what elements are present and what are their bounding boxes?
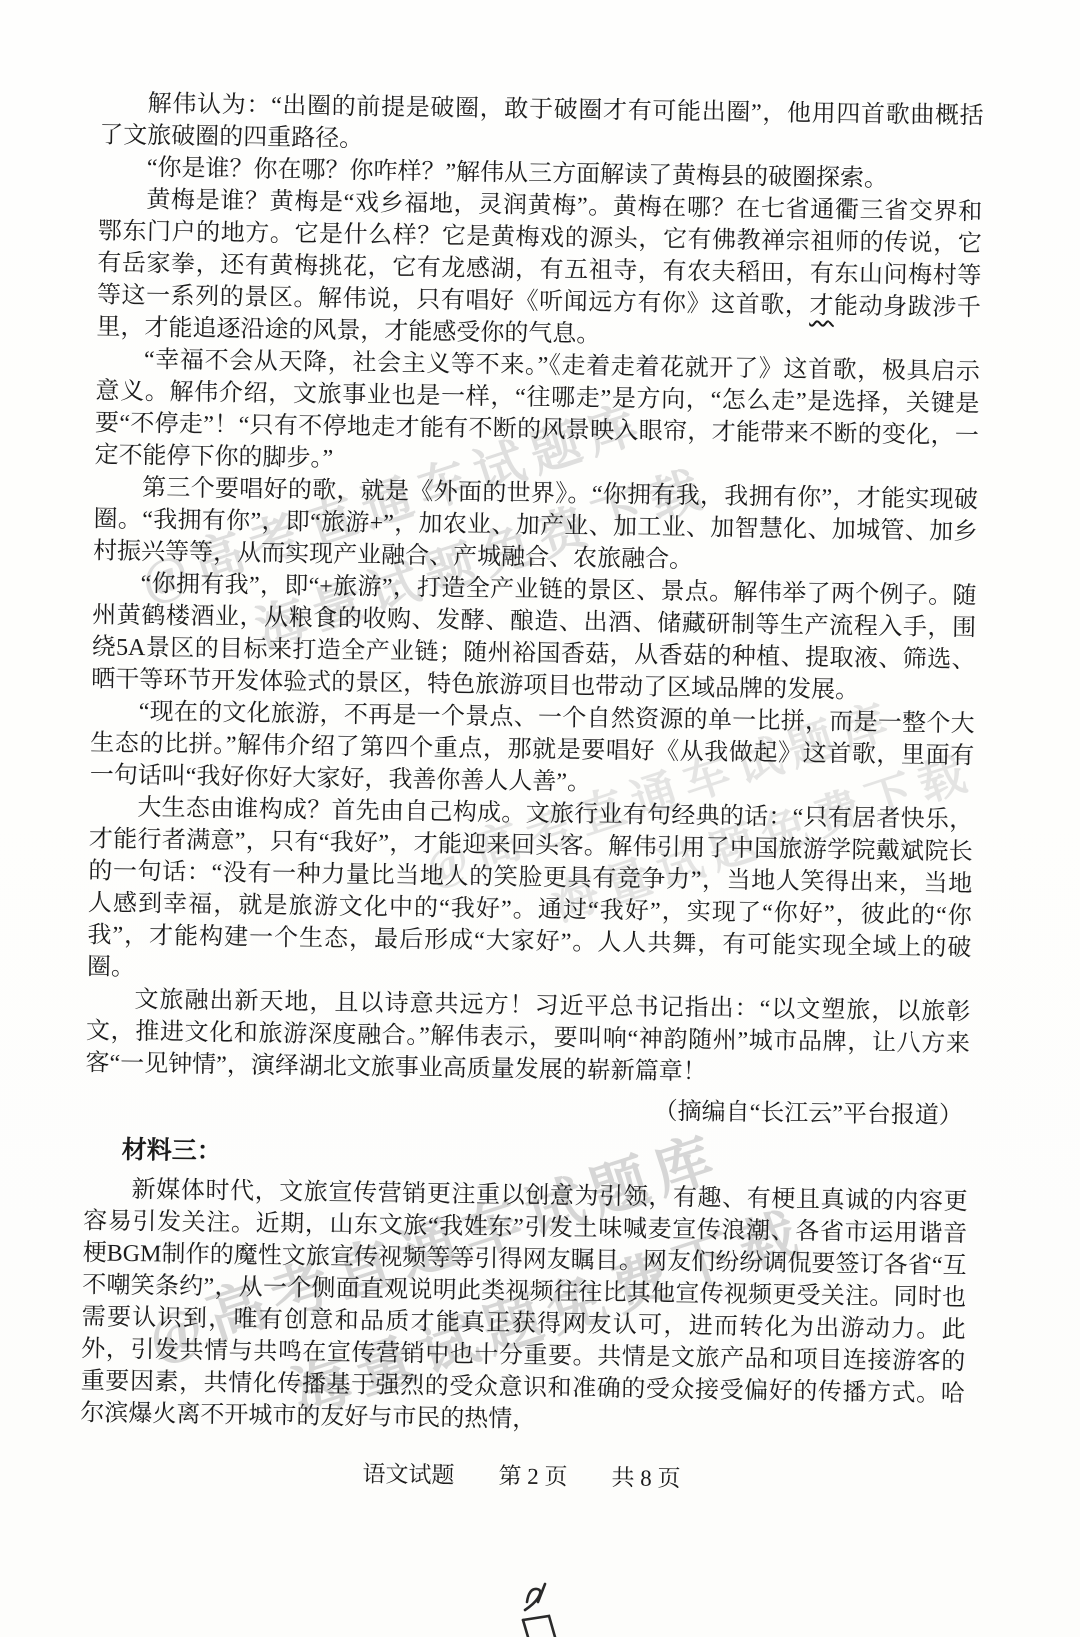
paragraph-3: 黄梅是谁？黄梅是“戏乡福地，灵润黄梅”。黄梅在哪？在七省通衢三省交界和鄂东门户的… (96, 183, 982, 356)
paragraph-4: “幸福不会从天降，社会主义等不来。”《走着走着花就开了》这首歌，极具启示意义。解… (94, 343, 980, 484)
paragraph-8: 大生态由谁构成？首先由自己构成。文旅行业有句经典的话：“只有居者快乐，才能行者满… (87, 791, 974, 996)
paragraph-material-3: 新媒体时代，文旅宣传营销更注重以创意为引领，有趣、有梗且真诚的内容更容易引发关注… (80, 1173, 968, 1442)
material-three-heading: 材料三： (84, 1133, 968, 1180)
paragraph-6: “你拥有我”，即“+旅游”，打造全产业链的景区、景点。解伟举了两个例子。随州黄鹤… (91, 567, 977, 708)
paragraph-9: 文旅融出新天地，且以诗意共远方！习近平总书记指出：“以文塑旅，以旅彰文，推进文化… (85, 983, 970, 1092)
wavy-underlined-char: 才 (809, 293, 834, 319)
scan-artifact-mark (505, 1580, 565, 1637)
page-footer: 语文试题 第 2 页 共 8 页 (79, 1451, 963, 1497)
source-attribution: （摘编自“长江云”平台报道） (85, 1087, 963, 1132)
footer-page-number: 第 2 页 (498, 1457, 567, 1491)
paragraph-5: 第三个要唱好的歌，就是《外面的世界》。“你拥有我，我拥有你”，才能实现破圈。“我… (93, 471, 978, 580)
paragraph-7: “现在的文化旅游，不再是一个景点、一个自然资源的单一比拼，而是一整个大生态的比拼… (90, 695, 975, 804)
footer-page-total: 共 8 页 (611, 1459, 680, 1493)
page-content: 解伟认为：“出圈的前提是破圈，敢于破圈才有可能出圈”，他用四首歌曲概括了文旅破圈… (79, 87, 984, 1497)
footer-subject: 语文试题 (362, 1455, 454, 1489)
exam-page: @高考直通车试题库 海量试题免费下载 @高考直通车试题库 海量试题免费下载 @高… (0, 0, 1080, 1637)
